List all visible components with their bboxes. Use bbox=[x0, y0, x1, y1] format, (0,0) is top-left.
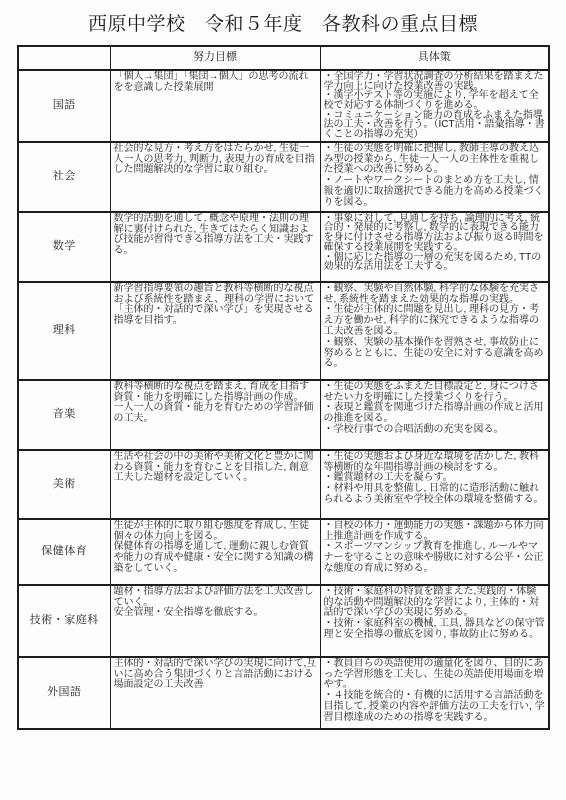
goal-cell: 教科等横断的な視点を踏まえ, 育成を目指す資質・能力を明確にした指導計画の作成。… bbox=[110, 380, 320, 450]
goal-text: 教科等横断的な視点を踏まえ, 育成を目指す資質・能力を明確にした指導計画の作成。 bbox=[114, 382, 317, 404]
goal-text: 生活や社会の中の美術や美術文化と豊かに関わる資質・能力を育むことを目指した, 創… bbox=[114, 452, 317, 484]
goal-cell: 新学習指導要領の趣旨と教科等横断的な視点および系統性を踏まえ、理科の学習において… bbox=[110, 282, 320, 380]
subject-cell: 外国語 bbox=[18, 657, 110, 729]
measure-item: ・個に応じた指導の一層の充実を図るため, TTの効果的な活用法を工夫する。 bbox=[324, 253, 546, 272]
measure-item: ・全国学力・学習状況調査の分析結果を踏まえた学力向上に向けた授業改善の実践。 bbox=[324, 72, 546, 91]
subject-label: 外国語 bbox=[47, 686, 82, 698]
table-row: 技術・家庭科題材・指導方法および評価方法を工夫改善していく。安全管理・安全指導を… bbox=[18, 585, 549, 657]
subject-cell: 音楽 bbox=[18, 380, 110, 450]
goal-text: 「個人→集団」「集団→個人」の思考の流れをを意識した授業展開 bbox=[114, 72, 317, 94]
subject-label: 技術・家庭科 bbox=[30, 614, 99, 626]
measure-item: ・漢字小テスト等の実施により, 学年を超えて全校で対応する体制づくりを進める。 bbox=[324, 91, 546, 110]
subject-cell: 国語 bbox=[18, 70, 110, 142]
measures-cell: ・教員自らの英語使用の適量化を図り、目的にあった学習形態を工夫し、生徒の英語使用… bbox=[320, 657, 549, 729]
measure-item: ・ノートやワークシートのまとめ方を工夫し, 情報を適切に取捨選択できる能力を高め… bbox=[324, 176, 546, 208]
measures-cell: ・生徒の実態をふまえた目標設定と, 身につけさせたい力を明確にした授業づくりを行… bbox=[320, 380, 549, 450]
subject-cell: 数学 bbox=[18, 212, 110, 282]
table-row: 理科新学習指導要領の趣旨と教科等横断的な視点および系統性を踏まえ、理科の学習にお… bbox=[18, 282, 549, 380]
measures-cell: ・事象に対して, 見通しを持ち, 論理的に考え, 統合的・発展的に考察し, 数学… bbox=[320, 212, 549, 282]
table-header-row: 努力目標 具体策 bbox=[18, 46, 549, 70]
measure-item: ・４技能を統合的・有機的に活用する言語活動を目指して, 授業の内容や評価方法の工… bbox=[324, 691, 546, 723]
goal-text: 一人一人の資質・能力を育むための学習評価の工夫。 bbox=[114, 403, 317, 425]
table-row: 保健体育生徒が主体的に取り組む態度を育成し, 生徒個々の体力向上を図る。保健体育… bbox=[18, 519, 549, 585]
goal-text: 題材・指導方法および評価方法を工夫改善していく。 bbox=[114, 587, 317, 609]
measure-item: ・表現と鑑賞を関連づけた指導計画の作成と活用の推進を図る。 bbox=[324, 403, 546, 425]
goal-text: 社会的な見方・考え方をはたらかせ, 生徒一人一人の思考力, 判断力, 表現力の育… bbox=[114, 144, 317, 176]
goal-text: 保健体育の指導を通して, 運動に親しむ資質や能力の育成や健康・安全に関する知識の… bbox=[114, 542, 317, 574]
table-row: 外国語主体的・対話的で深い学びの実現に向けて,互いに高め合う集団づくりと言語活動… bbox=[18, 657, 549, 729]
goal-cell: 数学的活動を通して, 概念や原理・法則の理解に裏付けられた, 生きてはたらく知識… bbox=[110, 212, 320, 282]
document-page: 西原中学校 令和５年度 各教科の重点目標 努力目標 具体策 国語「個人→集団」「… bbox=[0, 14, 566, 730]
measure-item: ・自校の体力・運動能力の実態・課題から体力向上推進計画を作成する。 bbox=[324, 521, 546, 543]
goal-text: 新学習指導要領の趣旨と教科等横断的な視点および系統性を踏まえ、理科の学習において… bbox=[114, 284, 317, 327]
measure-item: ・コミュニケーション能力の育成をふまえた指導法の工夫・改善を行う。（ICT活用・… bbox=[324, 111, 546, 140]
goal-cell: 主体的・対話的で深い学びの実現に向けて,互いに高め合う集団づくりと言語活動におけ… bbox=[110, 657, 320, 729]
measures-cell: ・自校の体力・運動能力の実態・課題から体力向上推進計画を作成する。・スポーツマン… bbox=[320, 519, 549, 585]
goal-text: 生徒が主体的に取り組む態度を育成し, 生徒個々の体力向上を図る。 bbox=[114, 521, 317, 543]
measure-item: ・生徒の実態および身近な環境を活かした, 教科等横断的な年間指導計画の検討をする… bbox=[324, 452, 546, 474]
table-row: 数学数学的活動を通して, 概念や原理・法則の理解に裏付けられた, 生きてはたらく… bbox=[18, 212, 549, 282]
subject-label: 社会 bbox=[53, 170, 76, 182]
measures-cell: ・全国学力・学習状況調査の分析結果を踏まえた学力向上に向けた授業改善の実践。・漢… bbox=[320, 70, 549, 142]
goal-cell: 生徒が主体的に取り組む態度を育成し, 生徒個々の体力向上を図る。保健体育の指導を… bbox=[110, 519, 320, 585]
subject-cell: 技術・家庭科 bbox=[18, 585, 110, 657]
goal-text: 数学的活動を通して, 概念や原理・法則の理解に裏付けられた, 生きてはたらく知識… bbox=[114, 214, 317, 257]
measures-cell: ・生徒の実態および身近な環境を活かした, 教科等横断的な年間指導計画の検討をする… bbox=[320, 450, 549, 519]
subject-cell: 理科 bbox=[18, 282, 110, 380]
goal-cell: 生活や社会の中の美術や美術文化と豊かに関わる資質・能力を育むことを目指した, 創… bbox=[110, 450, 320, 519]
measure-item: ・技術・家庭科室の機械, 工具, 器具などの保守管理と安全指導の徹底を図り, 事… bbox=[324, 619, 546, 641]
goal-text: 安全管理・安全指導を徹底する。 bbox=[114, 608, 317, 619]
subject-cell: 保健体育 bbox=[18, 519, 110, 585]
measure-item: ・生徒が主体的に問題を見出し, 理科の見方・考え方を働かせ, 科学的に探究できる… bbox=[324, 305, 546, 337]
subject-label: 音楽 bbox=[53, 408, 76, 420]
measure-item: ・生徒の実態を明確に把握し, 教師主導の教え込み型の授業から, 生徒一人一人の主… bbox=[324, 144, 546, 176]
goal-cell: 社会的な見方・考え方をはたらかせ, 生徒一人一人の思考力, 判断力, 表現力の育… bbox=[110, 142, 320, 212]
measure-item: ・観察、実験や自然体験, 科学的な体験を充実させ, 系統性を踏まえた効果的な指導… bbox=[324, 284, 546, 306]
measure-item: ・学校行事での合唱活動の充実を図る。 bbox=[324, 425, 546, 436]
measure-item: ・教員自らの英語使用の適量化を図り、目的にあった学習形態を工夫し、生徒の英語使用… bbox=[324, 659, 546, 691]
measure-item: ・生徒の実態をふまえた目標設定と, 身につけさせたい力を明確にした授業づくりを行… bbox=[324, 382, 546, 404]
subjects-table-body: 国語「個人→集団」「集団→個人」の思考の流れをを意識した授業展開・全国学力・学習… bbox=[18, 70, 549, 729]
table-row: 音楽教科等横断的な視点を踏まえ, 育成を目指す資質・能力を明確にした指導計画の作… bbox=[18, 380, 549, 450]
goal-column-header: 努力目標 bbox=[110, 46, 320, 70]
measure-item: ・スポーツマンシップ教育を推進し, ルールやマナーを守ることの意味や勝敗に対する… bbox=[324, 542, 546, 574]
subject-label: 理科 bbox=[53, 324, 76, 336]
goal-cell: 「個人→集団」「集団→個人」の思考の流れをを意識した授業展開 bbox=[110, 70, 320, 142]
measure-item: ・技術・家庭科の特質を踏まえた,実践的・体験的な活動や問題解決的な学習により, … bbox=[324, 587, 546, 619]
corner-cell bbox=[18, 46, 110, 70]
subjects-table: 努力目標 具体策 国語「個人→集団」「集団→個人」の思考の流れをを意識した授業展… bbox=[17, 45, 550, 730]
measure-item: ・観察、実験の基本操作を習熟させ, 事故防止に努めるとともに、生徒の安全に対する… bbox=[324, 338, 546, 370]
table-row: 美術生活や社会の中の美術や美術文化と豊かに関わる資質・能力を育むことを目指した,… bbox=[18, 450, 549, 519]
measures-cell: ・技術・家庭科の特質を踏まえた,実践的・体験的な活動や問題解決的な学習により, … bbox=[320, 585, 549, 657]
subject-label: 美術 bbox=[53, 478, 76, 490]
goal-text: 主体的・対話的で深い学びの実現に向けて,互いに高め合う集団づくりと言語活動におけ… bbox=[114, 659, 317, 691]
subject-label: 保健体育 bbox=[41, 545, 87, 557]
subject-label: 数学 bbox=[53, 240, 76, 252]
subject-label: 国語 bbox=[53, 99, 76, 111]
subject-cell: 美術 bbox=[18, 450, 110, 519]
measure-item: ・事象に対して, 見通しを持ち, 論理的に考え, 統合的・発展的に考察し, 数学… bbox=[324, 214, 546, 253]
measures-cell: ・生徒の実態を明確に把握し, 教師主導の教え込み型の授業から, 生徒一人一人の主… bbox=[320, 142, 549, 212]
table-row: 社会社会的な見方・考え方をはたらかせ, 生徒一人一人の思考力, 判断力, 表現力… bbox=[18, 142, 549, 212]
goal-cell: 題材・指導方法および評価方法を工夫改善していく。安全管理・安全指導を徹底する。 bbox=[110, 585, 320, 657]
measure-item: ・材料や用具を整備し, 日常的に造形活動に触れられるよう美術室や学校全体の環境を… bbox=[324, 484, 546, 506]
measures-column-header: 具体策 bbox=[320, 46, 549, 70]
table-row: 国語「個人→集団」「集団→個人」の思考の流れをを意識した授業展開・全国学力・学習… bbox=[18, 70, 549, 142]
measures-cell: ・観察、実験や自然体験, 科学的な体験を充実させ, 系統性を踏まえた効果的な指導… bbox=[320, 282, 549, 380]
subject-cell: 社会 bbox=[18, 142, 110, 212]
page-title: 西原中学校 令和５年度 各教科の重点目標 bbox=[0, 14, 566, 36]
